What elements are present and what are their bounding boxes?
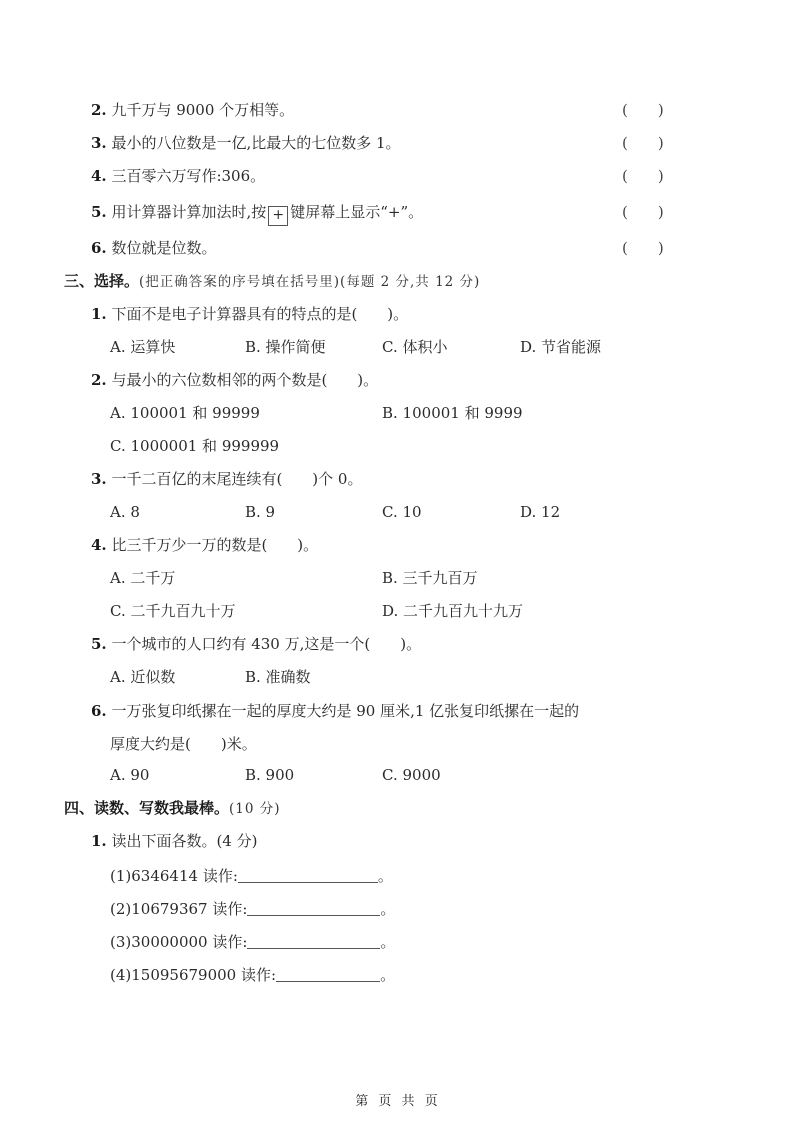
option-a: A. 近似数	[110, 667, 175, 687]
mc-question-4: 4. 比三千万少一万的数是( )。	[91, 535, 318, 555]
section-note: (把正确答案的序号填在括号里)(每题 2 分,共 12 分)	[139, 274, 480, 290]
option-c: C. 1000001 和 999999	[110, 436, 279, 456]
read-question-1: 1. 读出下面各数。(4 分)	[91, 831, 257, 851]
period: 。	[380, 933, 395, 951]
read-item-label: (1)6346414 读作:	[110, 867, 238, 885]
period: 。	[380, 966, 395, 984]
option-a: A. 二千万	[110, 568, 175, 588]
option-b: B. 900	[245, 765, 294, 785]
plus-key-icon: +	[268, 206, 288, 226]
period: 。	[380, 900, 395, 918]
option-d: D. 节省能源	[520, 337, 601, 357]
read-item-3: (3)30000000 读作:。	[110, 932, 395, 952]
option-b: B. 100001 和 9999	[382, 403, 523, 423]
item-number: 6.	[91, 239, 107, 257]
item-text: 用计算器计算加法时,按	[111, 203, 266, 221]
period: 。	[378, 867, 393, 885]
option-b: B. 三千九百万	[382, 568, 478, 588]
answer-blank[interactable]	[238, 868, 378, 883]
item-number: 5.	[91, 203, 107, 221]
question-text: 一万张复印纸摞在一起的厚度大约是 90 厘米,1 亿张复印纸摞在一起的	[111, 702, 579, 720]
answer-blank[interactable]	[276, 967, 380, 982]
section-title: 四、读数、写数我最棒。	[64, 799, 229, 817]
option-a: A. 100001 和 99999	[110, 403, 260, 423]
read-item-label: (4)15095679000 读作:	[110, 966, 276, 984]
option-d: D. 12	[520, 502, 560, 522]
section4-heading: 四、读数、写数我最棒。(10 分)	[64, 798, 281, 819]
item-text: 最小的八位数是一亿,比最大的七位数多 1。	[111, 134, 400, 152]
option-b: B. 操作简便	[245, 337, 326, 357]
answer-paren[interactable]: ( )	[622, 166, 664, 186]
answer-paren[interactable]: ( )	[622, 202, 664, 222]
answer-paren[interactable]: ( )	[622, 238, 664, 258]
item-number: 1.	[91, 832, 107, 850]
section-title: 三、选择。	[64, 272, 139, 290]
item-number: 3.	[91, 134, 107, 152]
answer-blank[interactable]	[247, 901, 380, 916]
section3-heading: 三、选择。(把正确答案的序号填在括号里)(每题 2 分,共 12 分)	[64, 271, 480, 292]
option-d: D. 二千九百九十九万	[382, 601, 523, 621]
section-note: (10 分)	[229, 801, 281, 817]
read-item-1: (1)6346414 读作:。	[110, 866, 393, 886]
tf-item-4: 4. 三百零六万写作:306。	[91, 166, 265, 186]
page-footer: 第 页 共 页	[0, 1090, 793, 1109]
question-text: 一个城市的人口约有 430 万,这是一个( )。	[111, 635, 421, 653]
item-number: 6.	[91, 702, 107, 720]
mc-question-3: 3. 一千二百亿的末尾连续有( )个 0。	[91, 469, 362, 489]
mc-question-1: 1. 下面不是电子计算器具有的特点的是( )。	[91, 304, 408, 324]
answer-paren[interactable]: ( )	[622, 133, 664, 153]
tf-item-3: 3. 最小的八位数是一亿,比最大的七位数多 1。	[91, 133, 401, 153]
read-item-2: (2)10679367 读作:。	[110, 899, 395, 919]
mc-question-6-line2: 厚度大约是( )米。	[110, 734, 257, 754]
option-c: C. 体积小	[382, 337, 447, 357]
option-c: C. 二千九百九十万	[110, 601, 235, 621]
item-number: 1.	[91, 305, 107, 323]
question-text: 读出下面各数。(4 分)	[111, 832, 257, 850]
item-text: 数位就是位数。	[111, 239, 216, 257]
question-text: 与最小的六位数相邻的两个数是( )。	[111, 371, 378, 389]
answer-paren[interactable]: ( )	[622, 100, 664, 120]
item-number: 2.	[91, 371, 107, 389]
question-text: 下面不是电子计算器具有的特点的是( )。	[111, 305, 408, 323]
item-number: 4.	[91, 536, 107, 554]
question-text: 一千二百亿的末尾连续有( )个 0。	[111, 470, 362, 488]
mc-question-6: 6. 一万张复印纸摞在一起的厚度大约是 90 厘米,1 亿张复印纸摞在一起的	[91, 701, 579, 721]
option-a: A. 90	[110, 765, 149, 785]
item-text: 键屏幕上显示“+”。	[290, 203, 423, 221]
tf-item-2: 2. 九千万与 9000 个万相等。	[91, 100, 294, 120]
tf-item-5: 5. 用计算器计算加法时,按+键屏幕上显示“+”。	[91, 202, 423, 226]
option-a: A. 8	[110, 502, 140, 522]
mc-question-2: 2. 与最小的六位数相邻的两个数是( )。	[91, 370, 378, 390]
read-item-label: (2)10679367 读作:	[110, 900, 247, 918]
mc-question-5: 5. 一个城市的人口约有 430 万,这是一个( )。	[91, 634, 421, 654]
option-b: B. 9	[245, 502, 275, 522]
read-item-4: (4)15095679000 读作:。	[110, 965, 395, 985]
item-number: 3.	[91, 470, 107, 488]
question-text: 比三千万少一万的数是( )。	[111, 536, 318, 554]
tf-item-6: 6. 数位就是位数。	[91, 238, 216, 258]
item-number: 2.	[91, 101, 107, 119]
item-number: 4.	[91, 167, 107, 185]
option-b: B. 准确数	[245, 667, 311, 687]
item-number: 5.	[91, 635, 107, 653]
read-item-label: (3)30000000 读作:	[110, 933, 247, 951]
option-c: C. 10	[382, 502, 422, 522]
answer-blank[interactable]	[247, 934, 380, 949]
item-text: 三百零六万写作:306。	[111, 167, 265, 185]
option-c: C. 9000	[382, 765, 441, 785]
item-text: 九千万与 9000 个万相等。	[111, 101, 294, 119]
option-a: A. 运算快	[110, 337, 175, 357]
